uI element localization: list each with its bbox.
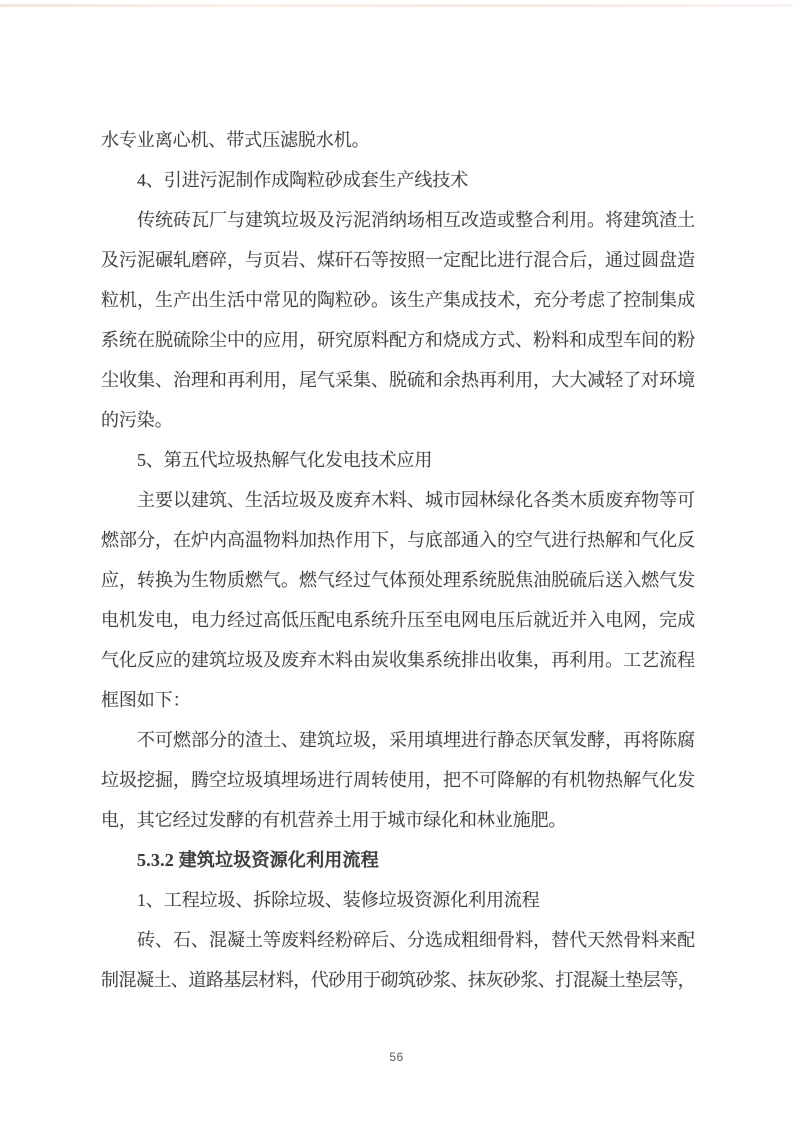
paragraph: 不可燃部分的渣土、建筑垃圾，采用填埋进行静态厌氧发酵，再将陈腐 垃圾挖掘，腾空垃… xyxy=(101,720,695,840)
numbered-item-4-heading: 4、引进污泥制作成陶粒砂成套生产线技术 xyxy=(101,160,695,200)
section-heading-5-3-2: 5.3.2 建筑垃圾资源化利用流程 xyxy=(101,840,695,880)
text-line: 水专业离心机、带式压滤脱水机。 xyxy=(101,120,695,160)
text-line: 主要以建筑、生活垃圾及废弃木料、城市园林绿化各类木质废弃物等可 xyxy=(101,480,695,520)
text-line: 燃部分，在炉内高温物料加热作用下，与底部通入的空气进行热解和气化反 xyxy=(101,520,695,560)
text-line: 制混凝土、道路基层材料，代砂用于砌筑砂浆、抹灰砂浆、打混凝土垫层等， xyxy=(101,960,695,1000)
page-footer: 56 xyxy=(0,1048,793,1066)
text-line: 不可燃部分的渣土、建筑垃圾，采用填埋进行静态厌氧发酵，再将陈腐 xyxy=(101,720,695,760)
text-line: 系统在脱硫除尘中的应用，研究原料配方和烧成方式、粉料和成型车间的粉 xyxy=(101,320,695,360)
text-line: 垃圾挖掘，腾空垃圾填埋场进行周转使用，把不可降解的有机物热解气化发 xyxy=(101,760,695,800)
text-line: 气化反应的建筑垃圾及废弃木料由炭收集系统排出收集，再利用。工艺流程 xyxy=(101,640,695,680)
paragraph: 传统砖瓦厂与建筑垃圾及污泥消纳场相互改造或整合利用。将建筑渣土 及污泥碾轧磨碎，… xyxy=(101,200,695,440)
text-line: 应，转换为生物质燃气。燃气经过气体预处理系统脱焦油脱硫后送入燃气发 xyxy=(101,560,695,600)
text-line: 框图如下： xyxy=(101,680,695,720)
scan-artifact-top-line xyxy=(0,4,793,7)
text-line: 及污泥碾轧磨碎，与页岩、煤矸石等按照一定配比进行混合后，通过圆盘造 xyxy=(101,240,695,280)
text-line: 传统砖瓦厂与建筑垃圾及污泥消纳场相互改造或整合利用。将建筑渣土 xyxy=(101,200,695,240)
numbered-item-1-heading: 1、工程垃圾、拆除垃圾、装修垃圾资源化利用流程 xyxy=(101,880,695,920)
paragraph: 主要以建筑、生活垃圾及废弃木料、城市园林绿化各类木质废弃物等可 燃部分，在炉内高… xyxy=(101,480,695,720)
text-line: 5.3.2 建筑垃圾资源化利用流程 xyxy=(101,840,695,880)
text-line: 砖、石、混凝土等废料经粉碎后、分选成粗细骨料，替代天然骨料来配 xyxy=(101,920,695,960)
text-line: 尘收集、治理和再利用，尾气采集、脱硫和余热再利用，大大减轻了对环境 xyxy=(101,360,695,400)
text-line: 4、引进污泥制作成陶粒砂成套生产线技术 xyxy=(101,160,695,200)
document-body: 水专业离心机、带式压滤脱水机。 4、引进污泥制作成陶粒砂成套生产线技术 传统砖瓦… xyxy=(101,120,695,1000)
numbered-item-5-heading: 5、第五代垃圾热解气化发电技术应用 xyxy=(101,440,695,480)
document-page: 水专业离心机、带式压滤脱水机。 4、引进污泥制作成陶粒砂成套生产线技术 传统砖瓦… xyxy=(0,0,793,1123)
page-number: 56 xyxy=(389,1050,403,1064)
text-line: 电机发电，电力经过高低压配电系统升压至电网电压后就近并入电网，完成 xyxy=(101,600,695,640)
text-line: 粒机，生产出生活中常见的陶粒砂。该生产集成技术，充分考虑了控制集成 xyxy=(101,280,695,320)
text-line: 1、工程垃圾、拆除垃圾、装修垃圾资源化利用流程 xyxy=(101,880,695,920)
paragraph: 砖、石、混凝土等废料经粉碎后、分选成粗细骨料，替代天然骨料来配 制混凝土、道路基… xyxy=(101,920,695,1000)
text-line: 的污染。 xyxy=(101,400,695,440)
text-line: 电，其它经过发酵的有机营养土用于城市绿化和林业施肥。 xyxy=(101,800,695,840)
text-line: 5、第五代垃圾热解气化发电技术应用 xyxy=(101,440,695,480)
paragraph-continuation: 水专业离心机、带式压滤脱水机。 xyxy=(101,120,695,160)
